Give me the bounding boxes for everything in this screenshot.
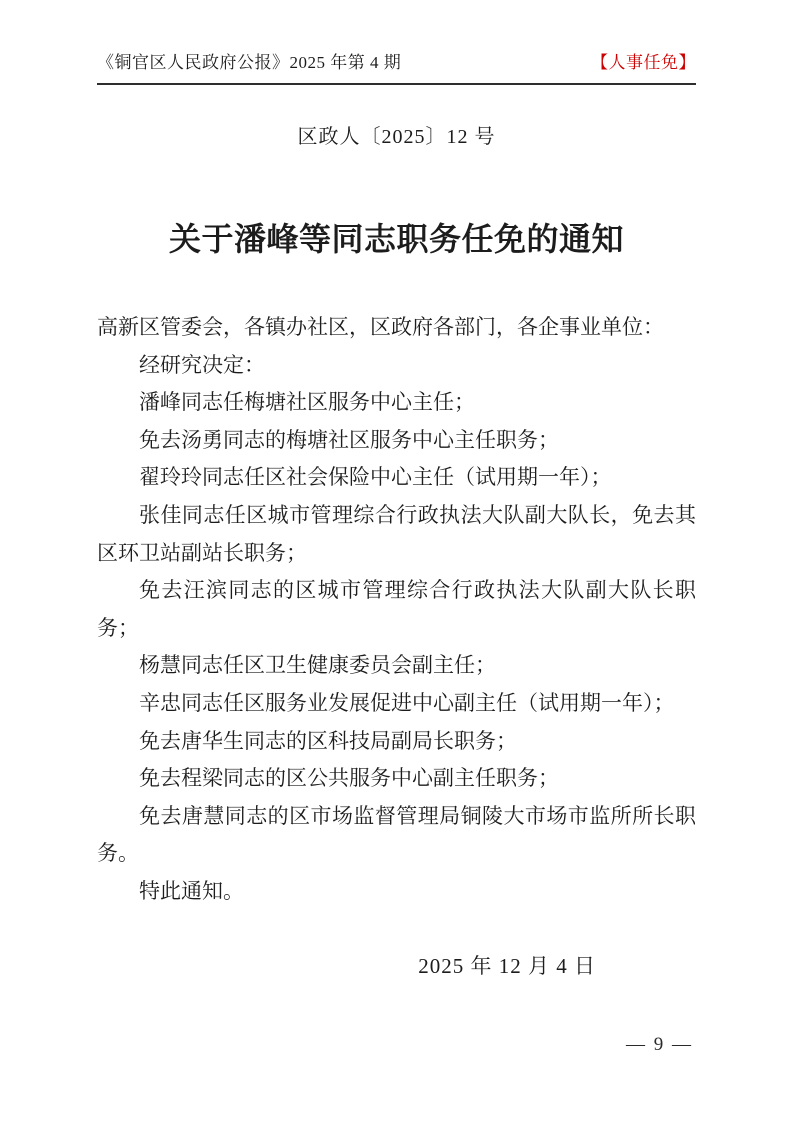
body-paragraph: 杨慧同志任区卫生健康委员会副主任； <box>97 647 696 685</box>
body-paragraph: 免去汪滨同志的区城市管理综合行政执法大队副大队长职务； <box>97 572 696 647</box>
body-paragraph: 辛忠同志任区服务业发展促进中心副主任（试用期一年）； <box>97 685 696 723</box>
salutation: 高新区管委会，各镇办社区，区政府各部门，各企事业单位： <box>97 309 696 347</box>
body-paragraph: 免去唐华生同志的区科技局副局长职务； <box>97 723 696 761</box>
body-paragraph: 特此通知。 <box>97 873 696 911</box>
notice-title: 关于潘峰等同志职务任免的通知 <box>97 217 696 261</box>
paragraph-list: 经研究决定：潘峰同志任梅塘社区服务中心主任；免去汤勇同志的梅塘社区服务中心主任职… <box>97 347 696 911</box>
page-header: 《铜官区人民政府公报》2025 年第 4 期 【人事任免】 <box>97 0 696 85</box>
page-number: — 9 — <box>626 1034 693 1056</box>
body-paragraph: 免去汤勇同志的梅塘社区服务中心主任职务； <box>97 422 696 460</box>
document-number: 区政人〔2025〕12 号 <box>97 123 696 151</box>
body-paragraph: 潘峰同志任梅塘社区服务中心主任； <box>97 384 696 422</box>
section-tag: 【人事任免】 <box>591 52 696 74</box>
gazette-page: 《铜官区人民政府公报》2025 年第 4 期 【人事任免】 区政人〔2025〕1… <box>0 0 793 1122</box>
body-paragraph: 经研究决定： <box>97 347 696 385</box>
notice-body: 高新区管委会，各镇办社区，区政府各部门，各企事业单位： 经研究决定：潘峰同志任梅… <box>97 309 696 911</box>
body-paragraph: 免去唐慧同志的区市场监督管理局铜陵大市场市监所所长职务。 <box>97 798 696 873</box>
gazette-title: 《铜官区人民政府公报》2025 年第 4 期 <box>97 52 401 74</box>
body-paragraph: 翟玲玲同志任区社会保险中心主任（试用期一年）； <box>97 459 696 497</box>
issue-date: 2025 年 12 月 4 日 <box>97 947 696 985</box>
body-paragraph: 张佳同志任区城市管理综合行政执法大队副大队长，免去其区环卫站副站长职务； <box>97 497 696 572</box>
body-paragraph: 免去程梁同志的区公共服务中心副主任职务； <box>97 760 696 798</box>
